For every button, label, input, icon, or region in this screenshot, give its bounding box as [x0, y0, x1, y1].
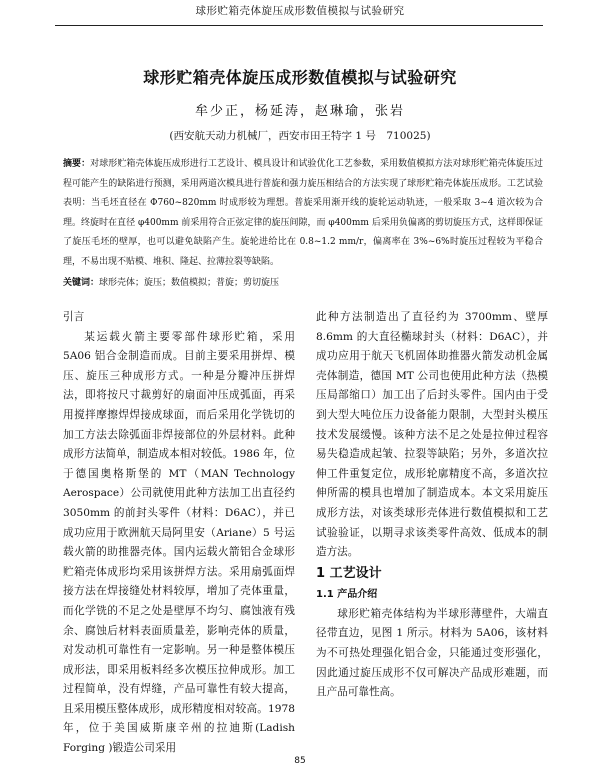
intro-paragraph: 某运载火箭主要零部件球形贮箱，采用 5A06 铝合金制造而成。目前主要采用拼焊、… — [63, 328, 295, 759]
keywords: 关键词：球形壳体；旋压；数值模拟；普旋；剪切旋压 — [63, 275, 543, 288]
intro-paragraph-continued: 此种方法制造出了直径约为 3700mm、壁厚 8.6mm 的大直径椭球封头（材料… — [316, 308, 548, 563]
abstract-text: 对球形贮箱壳体旋压成形进行工艺设计、模具设计和试验优化工艺参数，采用数值模拟方法… — [63, 159, 543, 267]
right-column: 此种方法制造出了直径约为 3700mm、壁厚 8.6mm 的大直径椭球封头（材料… — [316, 308, 548, 703]
left-column: 引言 某运载火箭主要零部件球形贮箱，采用 5A06 铝合金制造而成。目前主要采用… — [63, 308, 295, 759]
subsection-paragraph: 球形贮箱壳体结构为半球形薄壁件，大端直径带直边，见图 1 所示。材料为 5A06… — [316, 605, 548, 703]
keywords-text: 球形壳体；旋压；数值模拟；普旋；剪切旋压 — [99, 278, 279, 288]
header-rule — [55, 25, 543, 26]
abstract-label: 摘要： — [63, 159, 90, 169]
page-number: 85 — [0, 756, 600, 766]
abstract: 摘要：对球形贮箱壳体旋压成形进行工艺设计、模具设计和试验优化工艺参数，采用数值模… — [63, 155, 543, 272]
intro-heading: 引言 — [63, 308, 295, 328]
subsection-heading: 1.1 产品介绍 — [316, 585, 548, 605]
running-head: 球形贮箱壳体旋压成形数值模拟与试验研究 — [0, 3, 600, 18]
affiliation: (西安航天动力机械厂，西安市田王特字 1 号 710025) — [0, 128, 600, 143]
section-heading: 1 工艺设计 — [316, 563, 548, 585]
keywords-label: 关键词： — [63, 278, 99, 288]
paper-title: 球形贮箱壳体旋压成形数值模拟与试验研究 — [0, 65, 600, 88]
authors: 牟少正，杨延涛，赵琳瑜，张岩 — [0, 100, 600, 119]
